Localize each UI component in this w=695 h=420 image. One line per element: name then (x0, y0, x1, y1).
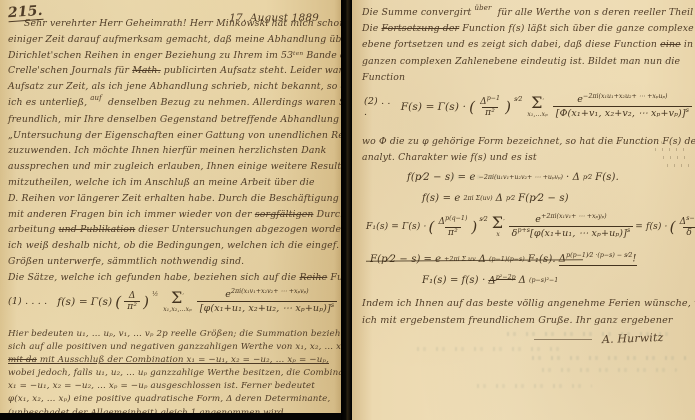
summation-sign: Σ′x₁,…xₚ (527, 95, 547, 118)
scan-edge-shadow (0, 413, 341, 420)
fraction: e+2πi(x₁v₁+ ⋯ +xₚyₚ)δp+s[φ(x₁+u₁, ⋯ xₚ+u… (509, 213, 634, 240)
text-line: Sehr verehrter Herr Geheimrath! Herr Min… (8, 16, 339, 32)
fraction: e2πi(x₁v₁+x₂v₂+ ⋯ +xₚvₚ)[φ(x₁+u₁, x₂+u₂,… (197, 288, 337, 315)
formula-label: (1) . . . . (8, 296, 47, 307)
interline-insertion: auf (90, 94, 102, 102)
text-line: ich es unterließ,auf denselben Bezug zu … (8, 95, 339, 112)
text-line: einiger Zeit darauf aufmerksam gemacht, … (8, 32, 339, 48)
text-line: „Untersuchung der Eigenschaften einer Ga… (8, 128, 339, 144)
bleedthrough-ghost-writing (527, 356, 687, 360)
formula-label: (2) . . . (364, 96, 391, 118)
text-line: x₁ = −u₁, x₂ = −u₂, … xₚ = −uₚ ausgeschl… (8, 380, 339, 393)
summation-sign: Σ′x (492, 215, 505, 238)
formula-2: (2) . . . F(s) = Γ(s) · ( Δp−1π² ) s⁄2 Σ… (364, 93, 692, 120)
margin-correction-scribble (652, 148, 690, 151)
text-line: Die Fortsetzung der Function f(s) läßt s… (362, 21, 692, 37)
text-line: Die Summe convergirtüber für alle Werthe… (362, 5, 692, 21)
bleedthrough-ghost-writing (537, 368, 677, 372)
text-line: Hier bedeuten u₁, … uₚ, v₁, … vₚ 2p reel… (8, 328, 339, 341)
text-line: Die Sätze, welche ich gefunden habe, bez… (8, 270, 339, 286)
interline-insertion: über (474, 4, 491, 12)
text-line-underlined: mit da mit Ausschluß der Combination x₁ … (8, 354, 339, 367)
fraction: Δp(q−1)π² (436, 215, 469, 239)
margin-correction-scribble (602, 141, 662, 144)
formula-struck: F(p⁄2 − s)=e+2πi Σ uvΔ(p−1)(p−s)F₁(s).Δp… (370, 252, 695, 266)
bleedthrough-ghost-writing (447, 175, 507, 179)
fraction: Δs−1δ (678, 215, 695, 239)
text-line: sich auf alle positiven und negativen ga… (8, 341, 339, 354)
margin-correction-scribble (664, 164, 690, 167)
text-line: ich weiß deshalb nicht, ob die Bedingung… (8, 238, 339, 254)
formula-reflection-2: f(s) = e2πi Σ(uv)Δp⁄2F(p⁄2 − s) (422, 193, 569, 204)
text-line: zuzuwenden. Ich möchte Ihnen hierfür mei… (8, 143, 339, 159)
bleedthrough-ghost-writing (602, 60, 682, 64)
signature-flourish (534, 339, 592, 340)
bleedthrough-ghost-writing (502, 332, 672, 336)
formula-1: (1) . . . . f(s) = Γ(s) ( Δπ² ) ½ Σ′x₁,x… (8, 288, 339, 315)
closing-line: ich mit ergebenstem freundlichem Gruße. … (362, 313, 692, 330)
text-line: aussprechen und mir zugleich erlauben, I… (8, 159, 339, 175)
margin-correction-scribble (660, 156, 690, 159)
formula-F1: F₁(s) = Γ(s) · ( Δp(q−1)π² ) s⁄2 Σ′x e+2… (366, 213, 695, 240)
text-line: Dirichlet'schen Reihen in enger Beziehun… (8, 48, 339, 64)
text-line: Function (362, 70, 692, 86)
text-line: freundlich, mir Ihre denselben Gegenstan… (8, 112, 339, 128)
bleedthrough-ghost-writing (412, 347, 562, 351)
formula-reflection-1: f(p⁄2 − s) = e−2πi(u₁v₁+u₂v₂+ ⋯ +uₚvₚ)· … (407, 172, 619, 183)
summation-sign: Σ′x₁,x₂,…xₚ (163, 290, 192, 313)
text-line: arbeitung und Publikation dieser Untersu… (8, 222, 339, 238)
text-line: mitzutheilen, welche ich im Anschluß an … (8, 175, 339, 191)
fraction: Δπ² (124, 291, 140, 313)
closing-line: Indem ich Ihnen auf das beste völlig ang… (362, 296, 692, 313)
text-line: φ(x₁, x₂, … xₚ) eine positive quadratisc… (8, 393, 339, 406)
text-line: ebene fortsetzen und es zeigt sich dabei… (362, 37, 692, 53)
text-line: Aufsatz zur Zeit, als ich jene Abhandlun… (8, 79, 339, 95)
fraction: e−2πi(x₁u₁+x₂u₂+ ⋯ +xₚuₚ)[Φ(x₁+v₁, x₂+v₂… (553, 93, 692, 120)
text-line: D. Reihen vor längerer Zeit erhalten hab… (8, 191, 339, 207)
text-line: mit anderen Fragen bin ich immer wieder … (8, 207, 339, 223)
bleedthrough-ghost-writing (472, 384, 592, 388)
text-line: analyt. Charakter wie f(s) und es ist (362, 150, 692, 166)
text-line: Crelle'schen Journals für Math. publicir… (8, 63, 339, 79)
manuscript-page-right: Die Summe convergirtüber für alle Werthe… (352, 0, 695, 420)
text-line: Größen unterwerfe, sämmtlich nothwendig … (8, 254, 339, 270)
manuscript-page-left: 215. 17. August 1889 Sehr verehrter Herr… (0, 0, 341, 420)
formula-final: F₁(s) =f(s) ·Δp²−2pΔ(p−s)²−1 (422, 274, 558, 286)
page-gutter (341, 0, 352, 420)
fraction: Δp−1π² (478, 95, 502, 119)
text-line: wobei jedoch, falls u₁, u₂, … uₚ ganzzah… (8, 367, 339, 380)
manuscript-scan: 215. 17. August 1889 Sehr verehrter Herr… (0, 0, 695, 420)
